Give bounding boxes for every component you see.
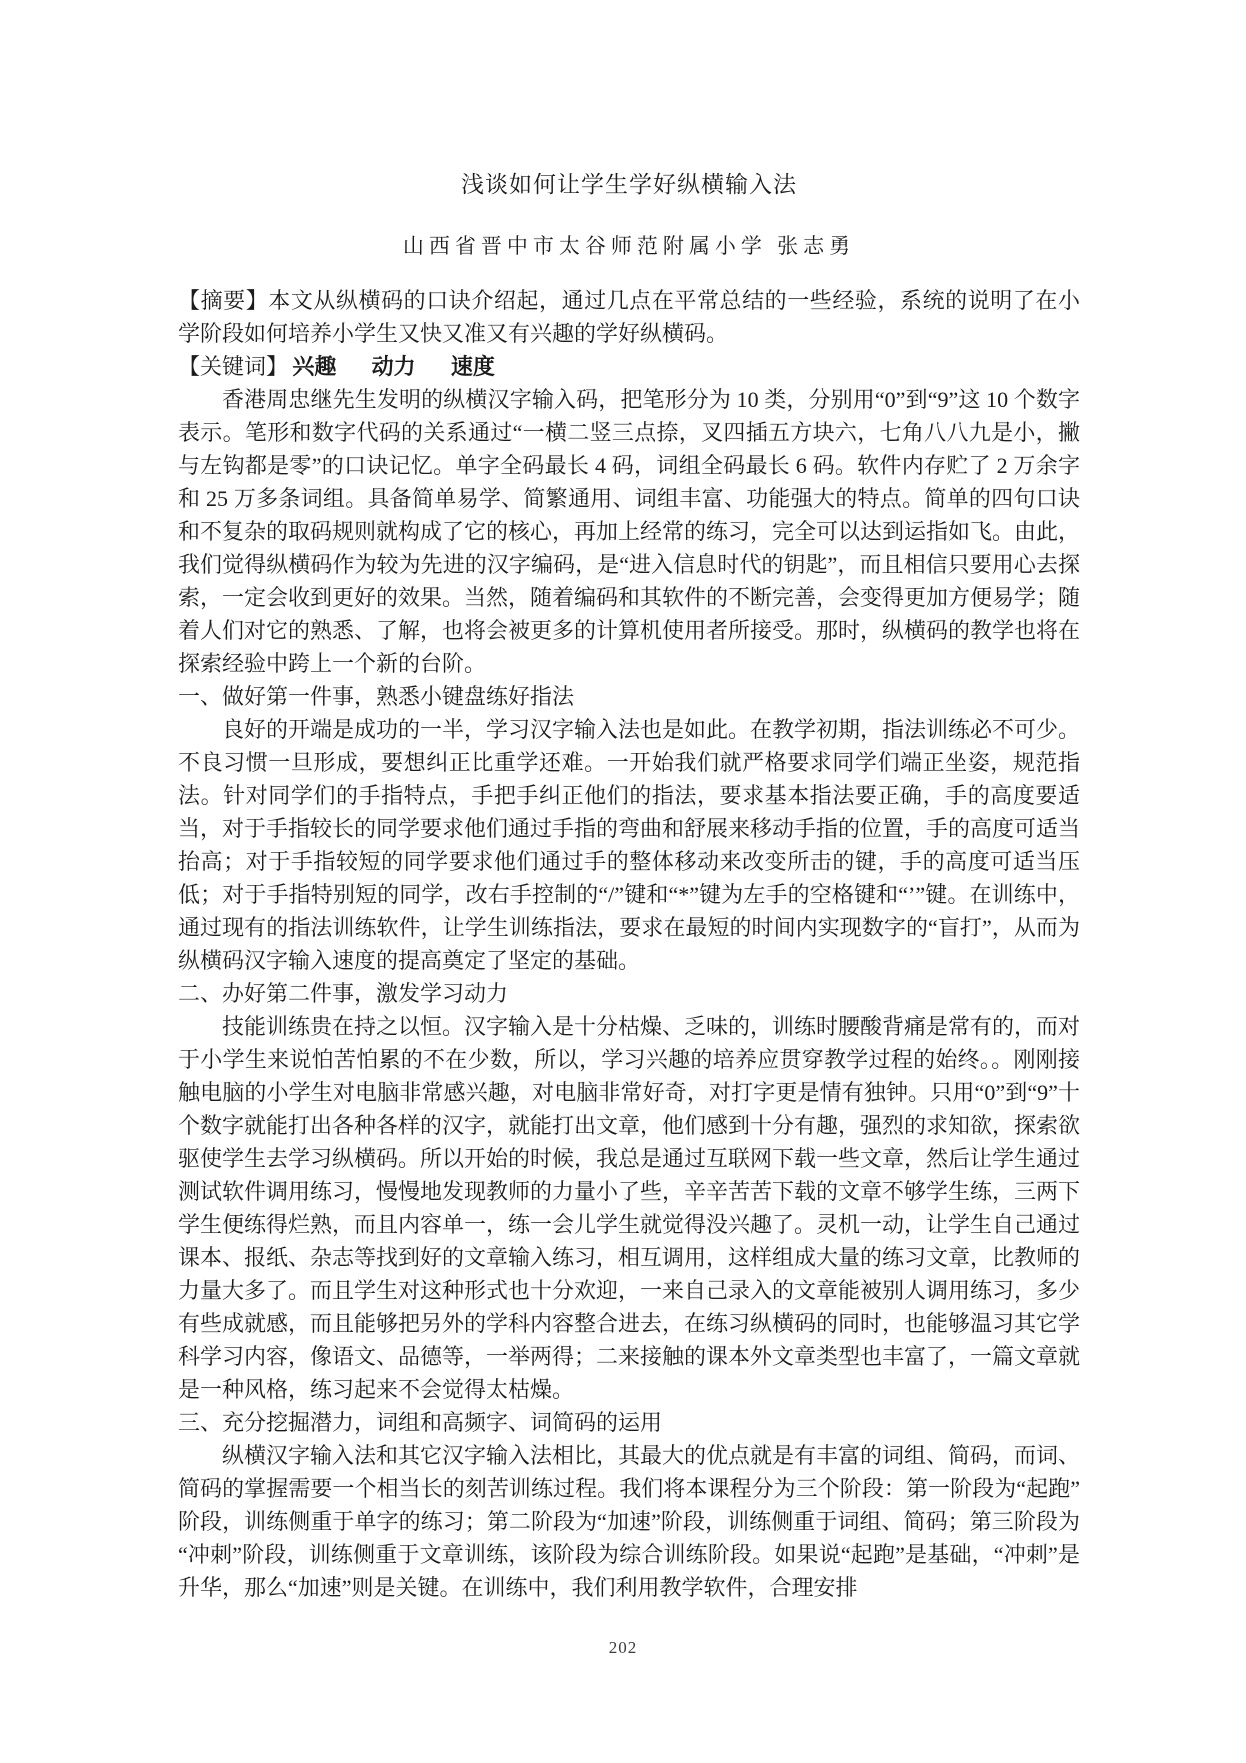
- keyword-item: 速度: [451, 354, 495, 379]
- document-page: 浅谈如何让学生学好纵横输入法 山西省晋中市太谷师范附属小学 张志勇 【摘要】本文…: [0, 0, 1246, 1763]
- page-title: 浅谈如何让学生学好纵横输入法: [178, 170, 1080, 200]
- author-affiliation-line: 山西省晋中市太谷师范附属小学 张志勇: [178, 232, 1080, 260]
- keyword-item: 兴趣: [292, 354, 336, 379]
- section-1-paragraph: 良好的开端是成功的一半，学习汉字输入法也是如此。在教学初期，指法训练必不可少。不…: [178, 713, 1080, 977]
- abstract-label: 【摘要】: [178, 288, 268, 313]
- abstract-text: 本文从纵横码的口诀介绍起，通过几点在平常总结的一些经验，系统的说明了在小学阶段如…: [178, 288, 1080, 346]
- abstract-paragraph: 【摘要】本文从纵横码的口诀介绍起，通过几点在平常总结的一些经验，系统的说明了在小…: [178, 284, 1080, 350]
- section-2-paragraph: 技能训练贵在持之以恒。汉字输入是十分枯燥、乏味的，训练时腰酸背痛是常有的，而对于…: [178, 1010, 1080, 1406]
- keywords-label: 【关键词】: [178, 354, 288, 379]
- document-body: 【摘要】本文从纵横码的口诀介绍起，通过几点在平常总结的一些经验，系统的说明了在小…: [178, 284, 1080, 1604]
- keywords-line: 【关键词】兴趣动力速度: [178, 350, 1080, 383]
- page-number: 202: [0, 1638, 1246, 1658]
- keyword-item: 动力: [372, 354, 416, 379]
- section-3-heading: 三、充分挖掘潜力，词组和高频字、词简码的运用: [178, 1406, 1080, 1439]
- section-2-heading: 二、办好第二件事，激发学习动力: [178, 977, 1080, 1010]
- section-1-heading: 一、做好第一件事，熟悉小键盘练好指法: [178, 680, 1080, 713]
- section-3-paragraph: 纵横汉字输入法和其它汉字输入法相比，其最大的优点就是有丰富的词组、简码，而词、简…: [178, 1439, 1080, 1604]
- intro-paragraph: 香港周忠继先生发明的纵横汉字输入码，把笔形分为 10 类，分别用“0”到“9”这…: [178, 383, 1080, 680]
